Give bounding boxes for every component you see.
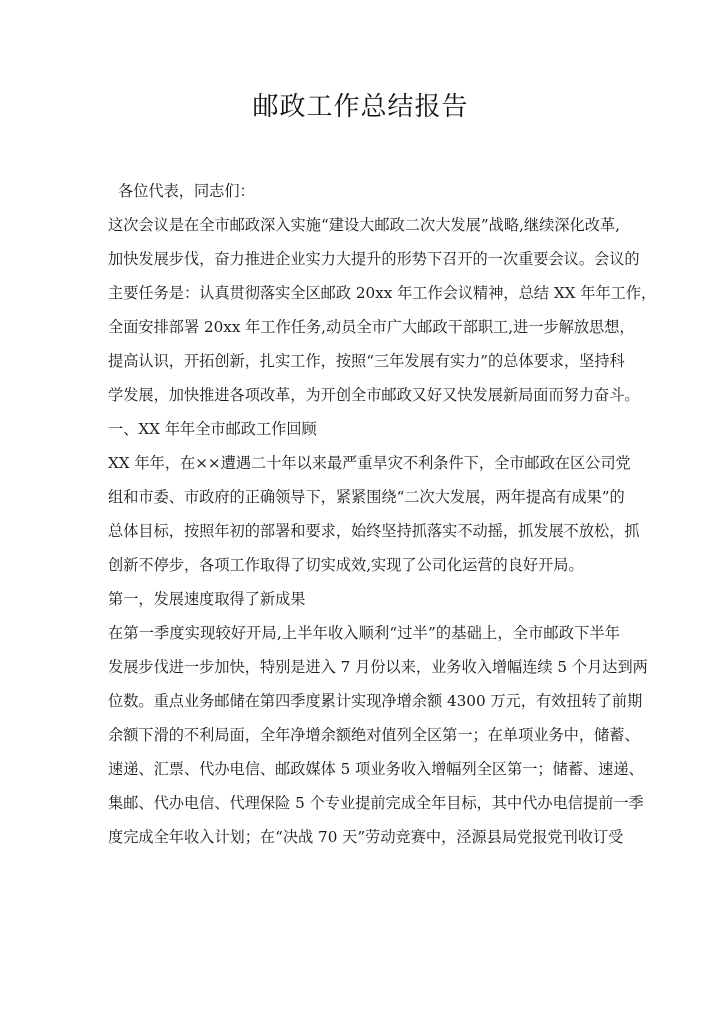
paragraph-line: 全面安排部署 20xx 年工作任务,动员全市广大邮政干部职工,进一步解放思想， <box>108 310 620 344</box>
paragraph-line: 位数。重点业务邮储在第四季度累计实现净增余额 4300 万元，有效扭转了前期 <box>108 684 620 718</box>
section-heading: 一、XX 年年全市邮政工作回顾 <box>108 412 620 446</box>
paragraph-line: 总体目标，按照年初的部署和要求，始终坚持抓落实不动摇，抓发展不放松，抓 <box>108 514 620 548</box>
paragraph-line: 提高认识，开拓创新，扎实工作，按照“三年发展有实力”的总体要求，坚持科 <box>108 344 620 378</box>
paragraph-line: 度完成全年收入计划；在“决战 70 天”劳动竞赛中，泾源县局党报党刊收订受 <box>108 820 620 854</box>
paragraph-line: XX 年年，在××遭遇二十年以来最严重旱灾不利条件下，全市邮政在区公司党 <box>108 446 620 480</box>
paragraph-line: 主要任务是：认真贯彻落实全区邮政 20xx 年工作会议精神，总结 XX 年年工作… <box>108 276 620 310</box>
paragraph-line: 速递、汇票、代办电信、邮政媒体 5 项业务收入增幅列全区第一；储蓄、速递、 <box>108 752 620 786</box>
document-body: 各位代表，同志们： 这次会议是在全市邮政深入实施“建设大邮政二次大发展”战略,继… <box>108 174 620 854</box>
paragraph-line: 学发展，加快推进各项改革，为开创全市邮政又好又快发展新局面而努力奋斗。 <box>108 378 620 412</box>
paragraph-line: 余额下滑的不利局面，全年净增余额绝对值列全区第一；在单项业务中，储蓄、 <box>108 718 620 752</box>
document-title: 邮政工作总结报告 <box>0 86 721 123</box>
paragraph-line: 发展步伐进一步加快，特别是进入 7 月份以来，业务收入增幅连续 5 个月达到两 <box>108 650 620 684</box>
paragraph-line: 在第一季度实现较好开局,上半年收入顺利“过半”的基础上，全市邮政下半年 <box>108 616 620 650</box>
salutation-line: 各位代表，同志们： <box>108 174 620 208</box>
paragraph-line: 集邮、代办电信、代理保险 5 个专业提前完成全年目标，其中代办电信提前一季 <box>108 786 620 820</box>
paragraph-line: 这次会议是在全市邮政深入实施“建设大邮政二次大发展”战略,继续深化改革, <box>108 208 620 242</box>
paragraph-line: 加快发展步伐，奋力推进企业实力大提升的形势下召开的一次重要会议。会议的 <box>108 242 620 276</box>
subsection-heading: 第一，发展速度取得了新成果 <box>108 582 620 616</box>
paragraph-line: 创新不停步，各项工作取得了切实成效,实现了公司化运营的良好开局。 <box>108 548 620 582</box>
document-page: 邮政工作总结报告 各位代表，同志们： 这次会议是在全市邮政深入实施“建设大邮政二… <box>0 0 721 1020</box>
paragraph-line: 组和市委、市政府的正确领导下，紧紧围绕“二次大发展，两年提高有成果”的 <box>108 480 620 514</box>
